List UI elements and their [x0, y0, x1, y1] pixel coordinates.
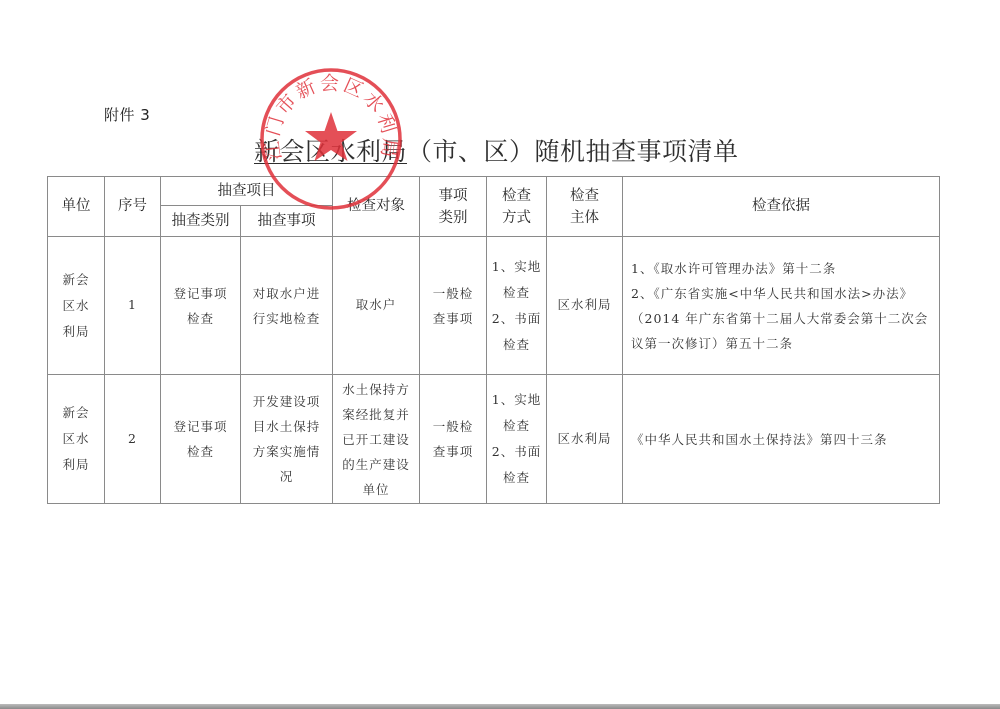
cell-seq: 2	[105, 375, 161, 504]
header-item-group: 抽查项目	[161, 177, 333, 206]
header-basis: 检查依据	[623, 177, 940, 237]
header-unit: 单位	[48, 177, 105, 237]
header-matter-type: 事项类别	[420, 177, 487, 237]
header-subject-line2: 主体	[570, 210, 599, 226]
document-title: 新会区水利局（市、区）随机抽查事项清单	[254, 132, 774, 168]
header-subject: 检查主体	[547, 177, 623, 237]
cell-unit: 新会区水利局	[48, 237, 105, 375]
cell-type: 一般检查事项	[420, 375, 487, 504]
attachment-label: 附件 3	[104, 104, 150, 125]
header-seq: 序号	[105, 177, 161, 237]
header-target: 检查对象	[333, 177, 420, 237]
header-row-1: 单位 序号 抽查项目 检查对象 事项类别 检查方式 检查主体 检查依据	[48, 177, 940, 206]
cell-basis: 《中华人民共和国水土保持法》第四十三条	[623, 375, 940, 504]
cell-unit: 新会区水利局	[48, 375, 105, 504]
cell-target: 取水户	[333, 237, 420, 375]
cell-category: 登记事项检查	[161, 237, 241, 375]
table-row: 新会区水利局 1 登记事项检查 对取水户进行实地检查 取水户 一般检查事项 1、…	[48, 237, 940, 375]
cell-target: 水土保持方案经批复并已开工建设的生产建设单位	[333, 375, 420, 504]
cell-subject: 区水利局	[547, 375, 623, 504]
document-page: 附件 3 新会区水利局（市、区）随机抽查事项清单 单位 序号 抽查项目 检查对象…	[0, 0, 1000, 709]
header-method: 检查方式	[487, 177, 547, 237]
header-item-category: 抽查类别	[161, 206, 241, 237]
title-rest: （市、区）随机抽查事项清单	[407, 137, 739, 166]
basis-line: 2、《广东省实施<中华人民共和国水法>办法》	[631, 281, 931, 306]
header-matter-type-line1: 事项	[439, 188, 468, 204]
cell-method: 1、实地检查2、书面检查	[487, 375, 547, 504]
cell-type: 一般检查事项	[420, 237, 487, 375]
header-subject-line1: 检查	[570, 188, 599, 204]
basis-line: （2014 年广东省第十二届人大常委会第十二次会	[631, 306, 931, 331]
cell-seq: 1	[105, 237, 161, 375]
table-row: 新会区水利局 2 登记事项检查 开发建设项目水土保持方案实施情况 水土保持方案经…	[48, 375, 940, 504]
header-method-line1: 检查	[502, 188, 531, 204]
header-matter-type-line2: 类别	[439, 210, 468, 226]
inspection-table: 单位 序号 抽查项目 检查对象 事项类别 检查方式 检查主体 检查依据 抽查类别…	[47, 176, 940, 504]
cell-matter: 对取水户进行实地检查	[241, 237, 333, 375]
cell-basis: 1、《取水许可管理办法》第十二条 2、《广东省实施<中华人民共和国水法>办法》 …	[623, 237, 940, 375]
header-method-line2: 方式	[502, 210, 531, 226]
title-agency: 新会区水利局	[254, 137, 407, 166]
cell-subject: 区水利局	[547, 237, 623, 375]
basis-line: 议第一次修订）第五十二条	[631, 331, 931, 356]
basis-line: 《中华人民共和国水土保持法》第四十三条	[631, 427, 931, 452]
basis-line: 1、《取水许可管理办法》第十二条	[631, 256, 931, 281]
header-item-matter: 抽查事项	[241, 206, 333, 237]
cell-method: 1、实地检查2、书面检查	[487, 237, 547, 375]
cell-category: 登记事项检查	[161, 375, 241, 504]
cell-matter: 开发建设项目水土保持方案实施情况	[241, 375, 333, 504]
page-bottom-edge	[0, 704, 1000, 709]
